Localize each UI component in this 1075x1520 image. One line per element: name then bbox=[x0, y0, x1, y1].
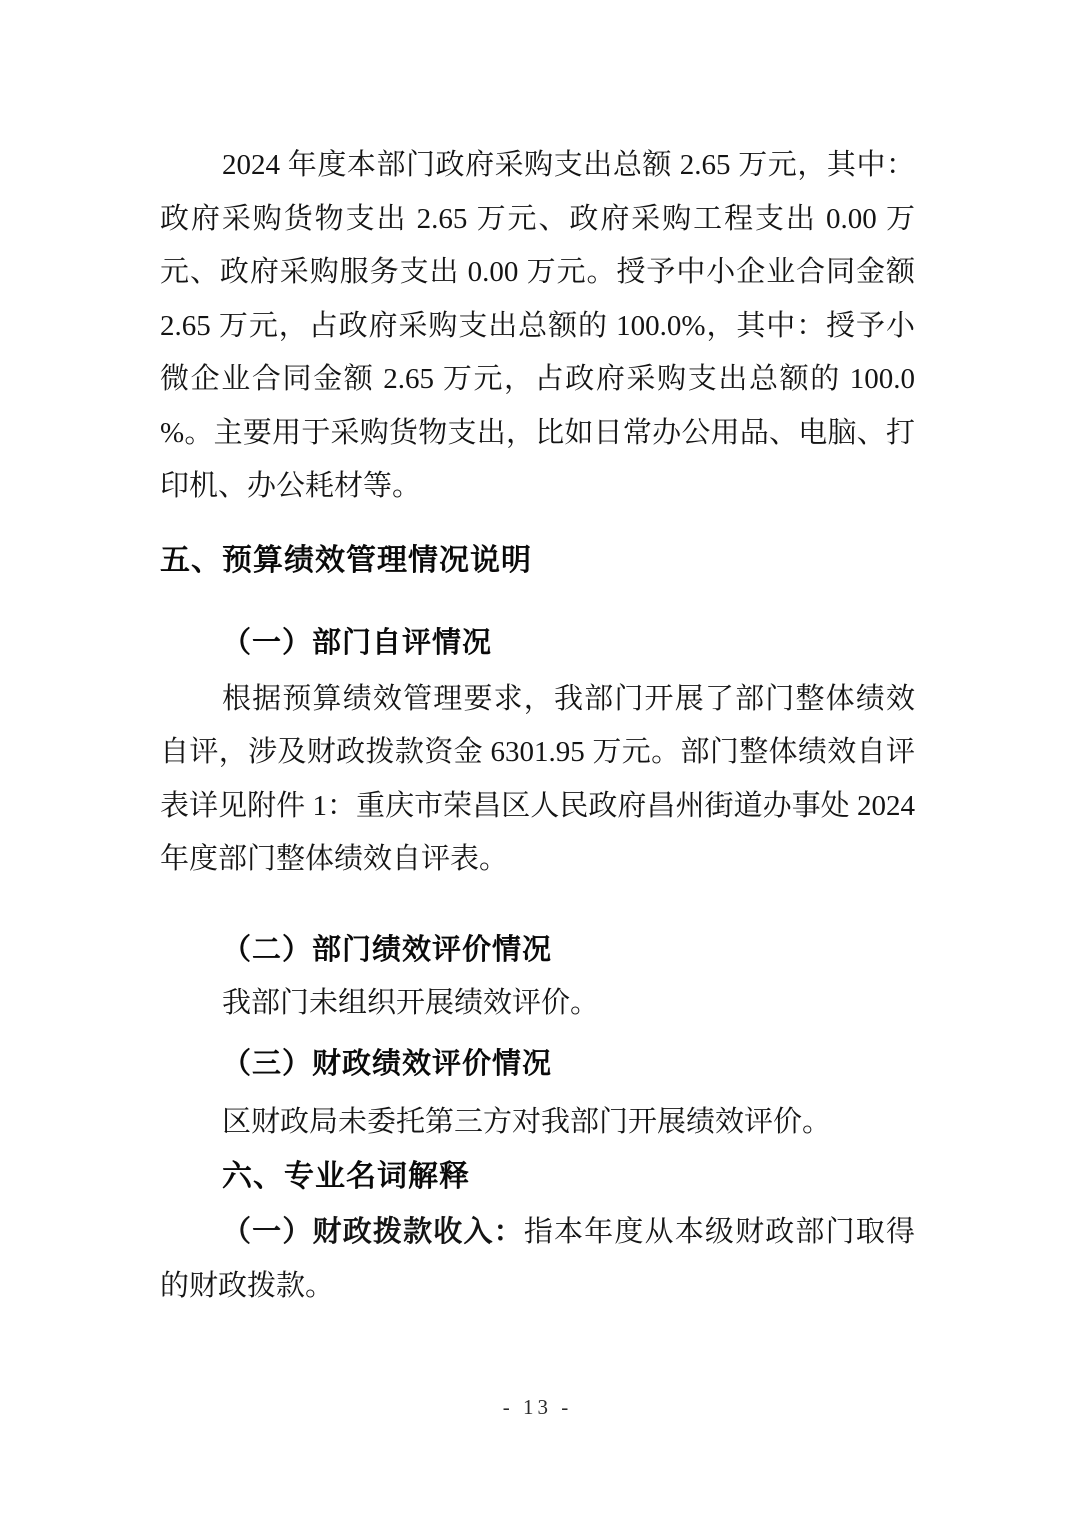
section5-heading: 五、预算绩效管理情况说明 bbox=[160, 534, 915, 588]
paragraph-procurement-summary: 2024 年度本部门政府采购支出总额 2.65 万元，其中：政府采购货物支出 2… bbox=[160, 139, 915, 514]
section6-term1-paragraph: （一）财政拨款收入：指本年度从本级财政部门取得的财政拨款。 bbox=[160, 1206, 915, 1313]
section5-sub1-heading-self-evaluation: （一）部门自评情况 bbox=[160, 617, 915, 671]
section5-sub2-heading-dept-evaluation: （二）部门绩效评价情况 bbox=[160, 924, 915, 978]
term1-label: （一）财政拨款收入： bbox=[222, 1216, 524, 1248]
section6-heading: 六、专业名词解释 bbox=[160, 1150, 915, 1204]
page-content: 2024 年度本部门政府采购支出总额 2.65 万元，其中：政府采购货物支出 2… bbox=[160, 0, 915, 1313]
page-number: - 13 - bbox=[0, 1394, 1075, 1420]
document-page: 2024 年度本部门政府采购支出总额 2.65 万元，其中：政府采购货物支出 2… bbox=[0, 0, 1075, 1520]
section5-sub3-heading-fiscal-evaluation: （三）财政绩效评价情况 bbox=[160, 1038, 915, 1092]
section5-sub3-paragraph: 区财政局未委托第三方对我部门开展绩效评价。 bbox=[160, 1096, 915, 1150]
section5-sub2-paragraph: 我部门未组织开展绩效评价。 bbox=[160, 977, 915, 1031]
section5-sub1-paragraph: 根据预算绩效管理要求，我部门开展了部门整体绩效自评，涉及财政拨款资金 6301.… bbox=[160, 673, 915, 887]
